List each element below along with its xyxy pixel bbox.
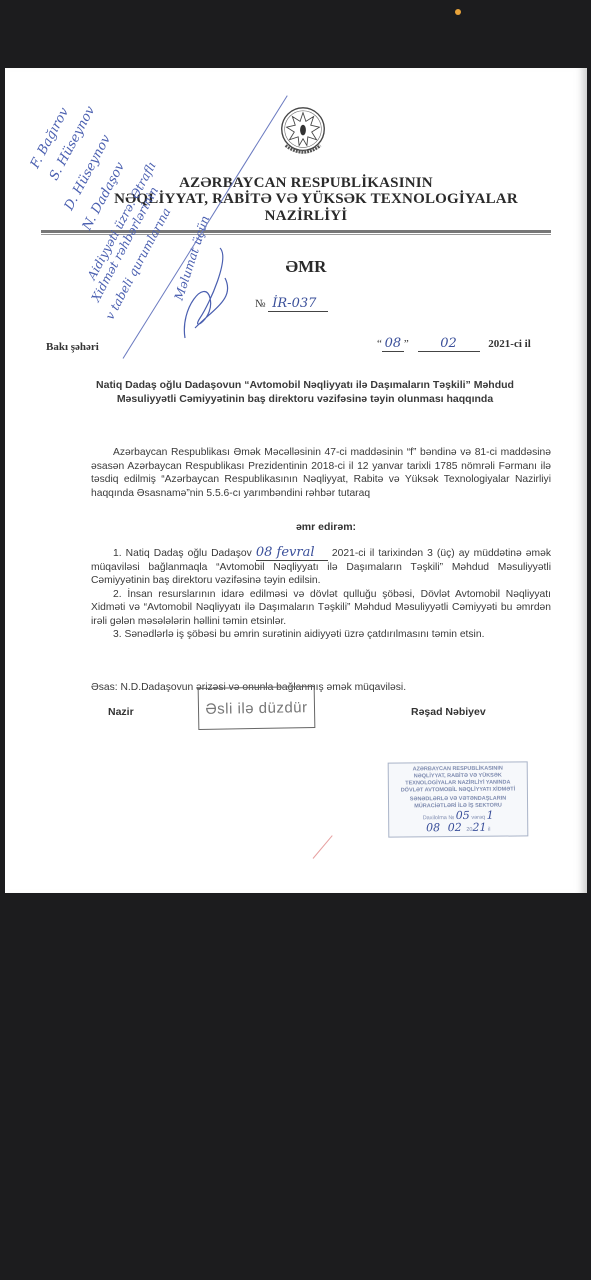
stamp-line: DÖVLƏT AVTOMOBİL NƏQLİYYATI XİDMƏTİ (389, 786, 527, 794)
document-page: AZƏRBAYCAN RESPUBLİKASININ NƏQLİYYAT, RA… (5, 68, 587, 893)
stamp-year-suffix: il (488, 827, 491, 833)
registration-stamp: AZƏRBAYCAN RESPUBLİKASININ NƏQLİYYAT, RA… (388, 761, 529, 837)
date-quote-close: ” (404, 338, 409, 350)
order-item-1-prefix: 1. Natiq Dadaş oğlu Dadaşov (113, 548, 252, 559)
red-pen-mark (313, 835, 333, 859)
order-number: № İR-037 (255, 296, 328, 312)
notification-indicator-dot (455, 9, 461, 15)
handwritten-signature (175, 238, 245, 348)
city-label: Bakı şəhəri (46, 341, 99, 353)
stamp-day: 08 (426, 821, 440, 834)
order-item-2: 2. İnsan resurslarının idarə edilməsi və… (91, 588, 551, 629)
order-phrase: əmr edirəm: (5, 521, 587, 533)
stamp-sheet-value: 1 (487, 809, 494, 822)
true-copy-stamp: Əsli ilə düzdür (198, 686, 316, 730)
order-items: 1. Natiq Dadaş oğlu Dadaşov 08 fevral 20… (91, 546, 551, 642)
order-preamble: Azərbaycan Respublikası Əmək Məcəlləsini… (91, 446, 551, 500)
signatory-name: Rəşad Nəbiyev (411, 706, 486, 718)
order-subject: Natiq Dadaş oğlu Dadaşovun “Avtomobil Nə… (65, 378, 545, 406)
date-day: 08 (382, 336, 404, 352)
order-item-1-handwritten-date: 08 fevral (256, 546, 328, 561)
state-emblem-icon (274, 103, 332, 161)
date-year: 2021-ci il (488, 338, 530, 350)
order-date: “08” 02 2021-ci il (377, 336, 531, 352)
number-label: № (255, 298, 266, 310)
order-item-3: 3. Sənədlərlə iş şöbəsi bu əmrin surətin… (91, 628, 551, 642)
stamp-month: 02 (448, 821, 462, 834)
stamp-date-row: 08 02 2021 il (389, 823, 527, 834)
stamp-year: 21 (472, 821, 486, 834)
number-value: İR-037 (268, 296, 328, 312)
signatory-title: Nazir (108, 706, 134, 718)
order-item-1: 1. Natiq Dadaş oğlu Dadaşov 08 fevral 20… (91, 546, 551, 588)
date-month: 02 (418, 336, 480, 352)
